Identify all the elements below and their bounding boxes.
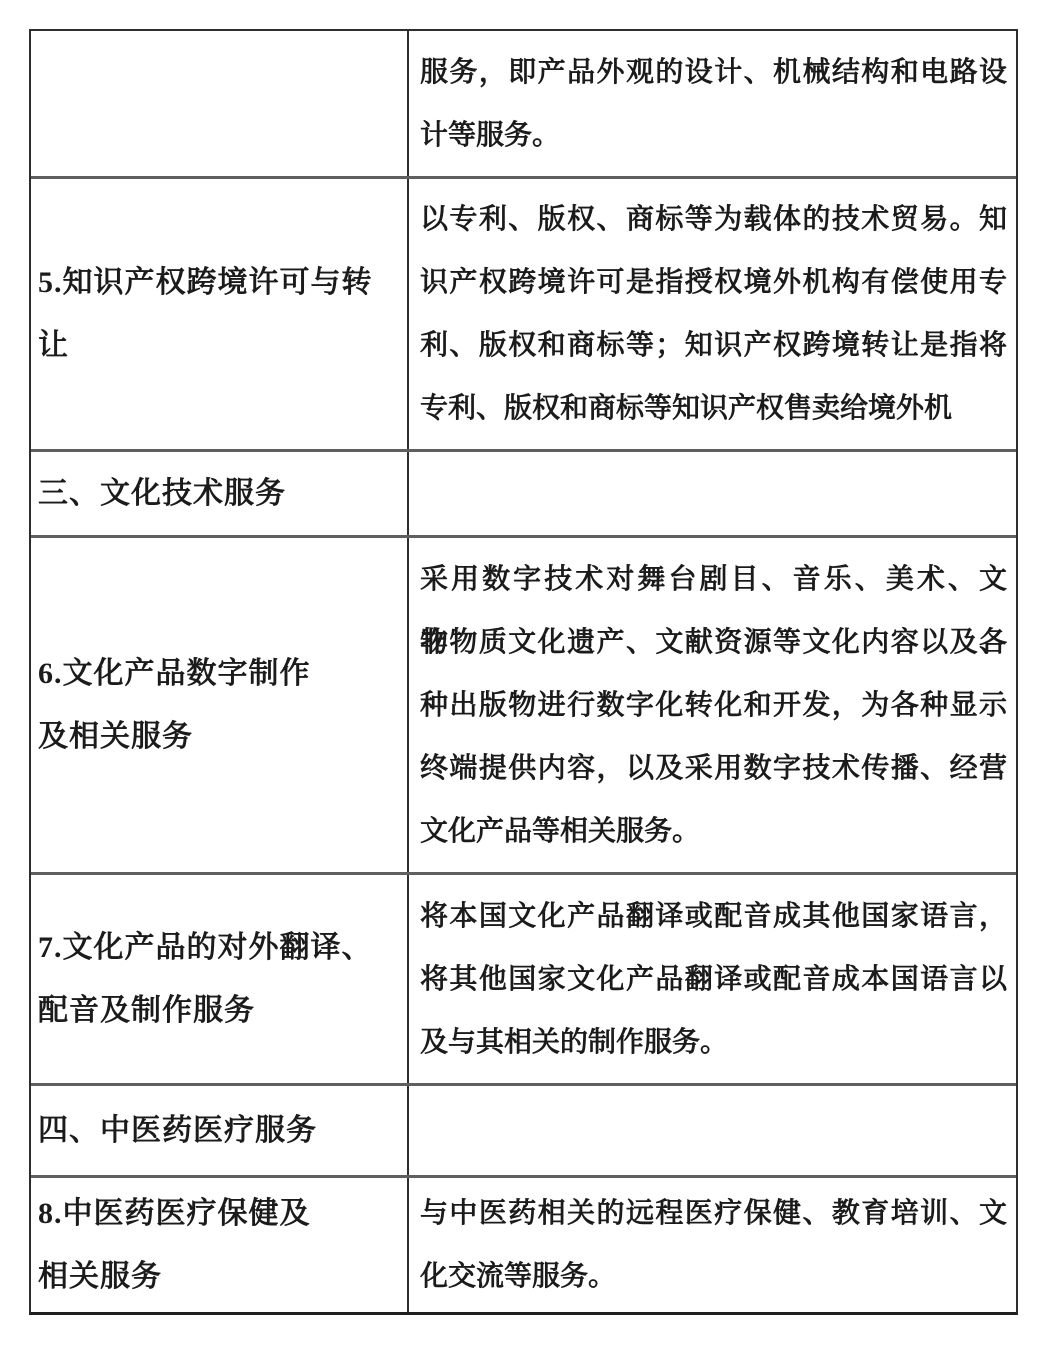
item-name-cell: 8.中医药医疗保健及 相关服务	[31, 1178, 409, 1312]
item-name-line: 7.文化产品的对外翻译、	[38, 916, 403, 979]
section-title: 四、中医药医疗服务	[38, 1099, 403, 1162]
description-line: 与中医药相关的远程医疗保健、教育培训、文	[420, 1182, 1007, 1245]
description-line: 识产权跨境许可是指授权境外机构有偿使用专	[420, 251, 1007, 314]
description-line: 以专利、版权、商标等为载体的技术贸易。知	[420, 188, 1007, 251]
description-line: 种出版物进行数字化转化和开发，为各种显示	[420, 674, 1007, 737]
item-name-cell	[31, 31, 409, 176]
section-title-cell: 三、文化技术服务	[31, 452, 409, 535]
item-name-cell: 7.文化产品的对外翻译、 配音及制作服务	[31, 875, 409, 1083]
description-line: 服务，即产品外观的设计、机械结构和电路设	[420, 41, 1007, 104]
description-line: 将其他国家文化产品翻译或配音成本国语言以	[420, 948, 1007, 1011]
services-table: 服务，即产品外观的设计、机械结构和电路设 计等服务。 5.知识产权跨境许可与转 …	[29, 29, 1018, 1315]
description-line: 专利、版权和商标等知识产权售卖给境外机构。	[420, 377, 1007, 440]
section-title: 三、文化技术服务	[38, 462, 403, 525]
item-description-cell: 与中医药相关的远程医疗保健、教育培训、文 化交流等服务。	[409, 1178, 1016, 1312]
item-name-cell: 6.文化产品数字制作 及相关服务	[31, 538, 409, 872]
item-name-line: 6.文化产品数字制作	[38, 642, 403, 705]
item-name-line: 配音及制作服务	[38, 979, 403, 1042]
item-description-cell: 采用数字技术对舞台剧目、音乐、美术、文物、 非物质文化遗产、文献资源等文化内容以…	[409, 538, 1016, 872]
section-culture-tech-services: 三、文化技术服务	[31, 452, 1016, 538]
description-line: 终端提供内容，以及采用数字技术传播、经营	[420, 737, 1007, 800]
description-line: 化交流等服务。	[420, 1245, 1007, 1308]
description-line: 非物质文化遗产、文献资源等文化内容以及各	[420, 611, 1007, 674]
description-line: 计等服务。	[420, 104, 1007, 167]
item-name-line: 及相关服务	[38, 705, 403, 768]
item-name-line: 相关服务	[38, 1245, 403, 1308]
description-line: 利、版权和商标等；知识产权跨境转让是指将	[420, 314, 1007, 377]
item-name-line: 5.知识产权跨境许可与转	[38, 251, 403, 314]
item-name-line: 8.中医药医疗保健及	[38, 1182, 403, 1245]
row-cultural-translation-dubbing: 7.文化产品的对外翻译、 配音及制作服务 将本国文化产品翻译或配音成其他国家语言…	[31, 875, 1016, 1086]
description-line: 及与其相关的制作服务。	[420, 1011, 1007, 1074]
item-description-cell	[409, 1086, 1016, 1175]
item-name-cell: 5.知识产权跨境许可与转 让	[31, 179, 409, 449]
description-line: 文化产品等相关服务。	[420, 800, 1007, 863]
item-description-cell	[409, 452, 1016, 535]
document-page: 服务，即产品外观的设计、机械结构和电路设 计等服务。 5.知识产权跨境许可与转 …	[0, 0, 1052, 1350]
row-ip-cross-border-licensing: 5.知识产权跨境许可与转 让 以专利、版权、商标等为载体的技术贸易。知 识产权跨…	[31, 179, 1016, 452]
section-tcm-medical-services: 四、中医药医疗服务	[31, 1086, 1016, 1178]
item-name-line: 让	[38, 314, 403, 377]
section-title-cell: 四、中医药医疗服务	[31, 1086, 409, 1175]
row-design-services-continued: 服务，即产品外观的设计、机械结构和电路设 计等服务。	[31, 31, 1016, 179]
item-description-cell: 将本国文化产品翻译或配音成其他国家语言， 将其他国家文化产品翻译或配音成本国语言…	[409, 875, 1016, 1083]
item-description-cell: 服务，即产品外观的设计、机械结构和电路设 计等服务。	[409, 31, 1016, 176]
description-line: 采用数字技术对舞台剧目、音乐、美术、文物、	[420, 548, 1007, 611]
row-tcm-healthcare: 8.中医药医疗保健及 相关服务 与中医药相关的远程医疗保健、教育培训、文 化交流…	[31, 1178, 1016, 1312]
row-cultural-digital-production: 6.文化产品数字制作 及相关服务 采用数字技术对舞台剧目、音乐、美术、文物、 非…	[31, 538, 1016, 875]
item-description-cell: 以专利、版权、商标等为载体的技术贸易。知 识产权跨境许可是指授权境外机构有偿使用…	[409, 179, 1016, 449]
description-line: 将本国文化产品翻译或配音成其他国家语言，	[420, 885, 1007, 948]
